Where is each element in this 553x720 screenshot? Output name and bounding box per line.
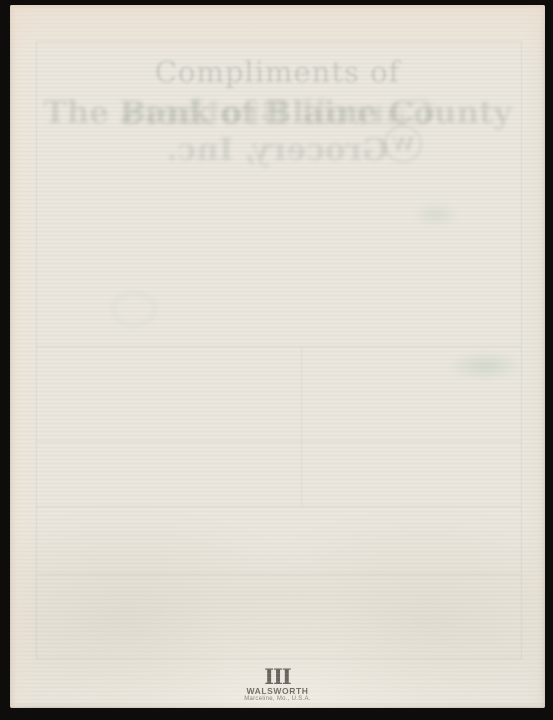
- ghost-grid-rule: [37, 574, 521, 575]
- paper-shading-overlay: [10, 5, 545, 708]
- ghost-headline-row: The Bank of Blaine County Carroll Brothe…: [10, 93, 545, 135]
- ghost-grocery-name-mirrored: Carroll Brothers: [10, 93, 545, 133]
- ghost-grid-rule: [301, 346, 302, 506]
- walsworth-name: WALSWORTH: [10, 686, 545, 696]
- walsworth-pillars-icon: III: [10, 667, 545, 686]
- ghost-oval-stamp-icon: [112, 292, 156, 326]
- scan-frame: Compliments of The Bank of Blaine County…: [0, 0, 553, 720]
- ghost-green-logo-smudge: [448, 351, 522, 381]
- paper-sheet: Compliments of The Bank of Blaine County…: [10, 5, 545, 708]
- walsworth-location: Marceline, Mo., U.S.A.: [10, 696, 545, 703]
- ghost-green-logo-smudge-small: [412, 203, 460, 227]
- ghost-table-grid: [36, 41, 522, 659]
- ghost-grid-rule: [37, 346, 521, 347]
- ghost-monogram-circle-icon: W: [384, 125, 422, 163]
- paper-texture-overlay: [10, 5, 545, 708]
- ghost-bank-name: The Bank of Blaine County: [10, 95, 545, 131]
- ghost-grocery-suffix-mirrored: Grocery, Inc.: [10, 132, 545, 168]
- ghost-grid-rule: [37, 441, 521, 442]
- printer-mark: III WALSWORTH Marceline, Mo., U.S.A.: [10, 667, 545, 703]
- ghost-compliments-line: Compliments of: [10, 55, 545, 89]
- ghost-grid-rule: [37, 506, 521, 507]
